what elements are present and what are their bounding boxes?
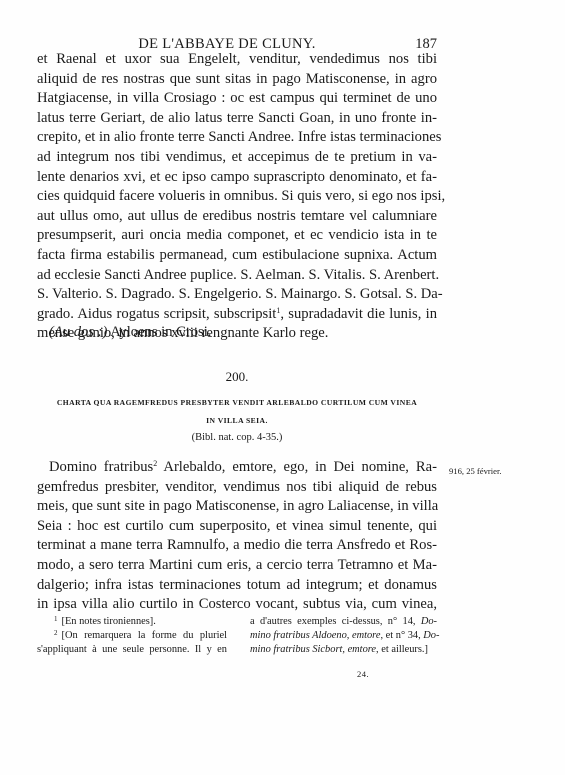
footnote-2-line: s'appliquant à une seule personne. Il y … [37,643,227,657]
text-line: ad integrum nos tibi vendimus, et accepi… [37,148,437,168]
footnote-italic: Do- [423,630,439,641]
text-line: meis, que sunt site in pago Matisconense… [37,497,437,517]
footnotes-right-column: a d'autres exemples ci-dessus, n° 14, Do… [250,615,437,658]
charter-source: (Bibl. nat. cop. 4-35.) [37,432,437,443]
text-line-with-footnote: Domino fratribus2 Arlebaldo, emtore, ego… [37,458,437,478]
book-page: DE L'ABBAYE DE CLUNY. 187 et Raenal et u… [0,0,565,775]
footnote-2-line: mino fratribus Aldoeno, emtore, et n° 34… [250,629,437,643]
footnote-italic: mino fratribus Aldoeno, emtore [250,630,380,641]
text-line-with-footnote: grado. Aidus rogatus scripsit, subscrips… [37,305,437,325]
text-line: aliquid de res nostras que sunt sitas in… [37,70,437,90]
footnote-1: 1[En notes tironiennes]. [37,615,227,629]
text-line: dalgerio; infra istas terminaciones totu… [37,576,437,596]
signature-mark: 24. [357,669,369,679]
text-line: S. Valterio. S. Dagrado. S. Engelgerio. … [37,285,437,305]
footnote-marker: 1 [54,615,58,623]
text-line: modo, a sero terra Martini cum eris, a c… [37,556,437,576]
endorsement: (Au dos :) Ayloens in Crosi. [49,324,211,341]
text-line: et Raenal et uxor sua Engelelt, venditur… [37,50,437,70]
charter-title: CHARTA QUA RAGEMFREDUS PRESBYTER VENDIT … [37,394,437,430]
footnotes-left-column: 1[En notes tironiennes]. 2[On remarquera… [37,615,227,658]
text-segment: grado. Aidus rogatus scripsit, subscrips… [37,306,276,322]
endorsement-label: (Au dos :) [49,324,107,340]
marginal-date: 916, 25 février. [449,466,502,476]
text-line: facta firma estabilis permanead, cum est… [37,246,437,266]
footnote-2-line: 2[On remarquera la forme du pluriel [37,629,227,643]
footnote-text: , et n° 34, [380,630,423,641]
charter-title-line: IN VILLA SEIA. [37,412,437,430]
footnote-2-line: mino fratribus Sicbort, emtore, et aille… [250,643,437,657]
text-line: latus terre Geriart, de alio latus terre… [37,109,437,129]
charter-199-continuation: et Raenal et uxor sua Engelelt, venditur… [37,50,437,344]
text-line: terminat a mane terra Ramnulfo, a medio … [37,536,437,556]
text-line: Seia : hoc est curtilo cum superposito, … [37,517,437,537]
charter-title-line: CHARTA QUA RAGEMFREDUS PRESBYTER VENDIT … [37,394,437,412]
footnote-italic: Do- [421,616,437,627]
text-line: gemfredus presbiter, venditor, vendimus … [37,478,437,498]
footnote-text: [En notes tironiennes]. [62,616,156,627]
text-line: crepito, et in alio fronte terre Sancti … [37,128,437,148]
text-line: aut ullus omo, aut ullus de eredibus nos… [37,207,437,227]
footnote-2-line: a d'autres exemples ci-dessus, n° 14, Do… [250,615,437,629]
text-line: Hatgiacense, in villa Crosiago : oc est … [37,89,437,109]
footnote-text: [On remarquera la forme du pluriel [62,630,228,641]
endorsement-text: Ayloens in Crosi. [107,324,211,340]
text-segment: Arlebaldo, emtore, ego, in Dei nomine, R… [157,459,437,475]
footnote-text: , et ailleurs.] [376,644,428,655]
charter-200-text: Domino fratribus2 Arlebaldo, emtore, ego… [37,458,437,615]
footnote-text: a d'autres exemples ci-dessus, n° 14, [250,616,421,627]
footnote-marker: 2 [54,629,58,637]
charter-number: 200. [37,369,437,385]
text-segment: , supradadavit die lunis, in [280,306,437,322]
text-line: ad ecclesie Sancti Andree puplice. S. Ae… [37,266,437,286]
text-line: in ipsa villa alio curtilo in Costerco v… [37,595,437,615]
text-line: presumpserit, auri oncia media componet,… [37,226,437,246]
text-line: lente denarios xvi, et ec ipso campo sup… [37,168,437,188]
text-line: cies quidquid facere volueris in omnibus… [37,187,437,207]
text-segment: Domino fratribus [49,459,153,475]
footnote-italic: mino fratribus Sicbort, emtore [250,644,376,655]
